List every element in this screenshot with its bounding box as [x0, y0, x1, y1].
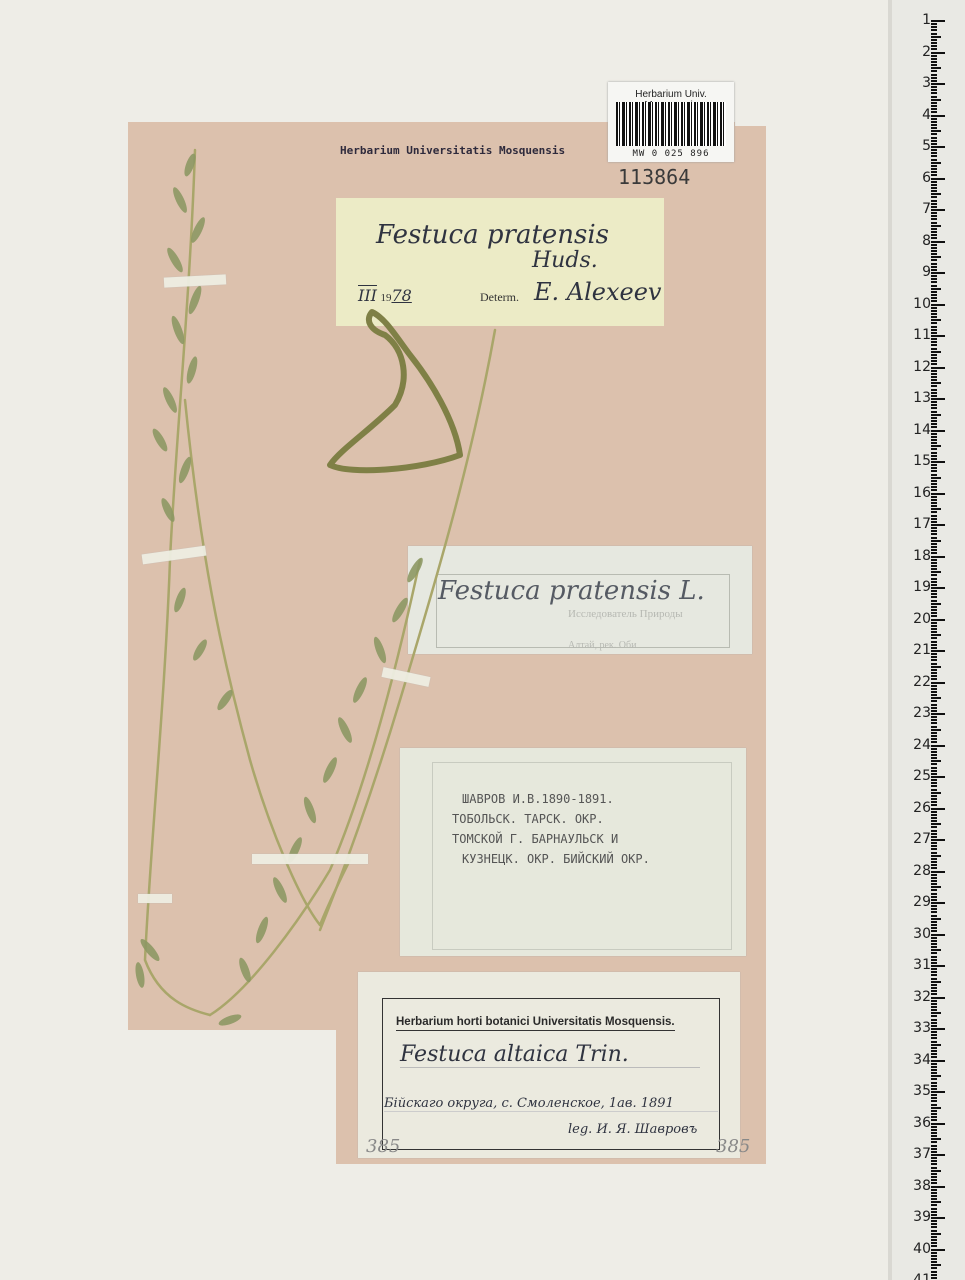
plant-specimen [0, 0, 965, 1280]
ruler-tick [931, 1050, 937, 1052]
ruler-mark-label: 41 [913, 1273, 931, 1280]
ruler-tick [931, 968, 937, 970]
ruler-tick [931, 398, 945, 400]
ruler-tick [931, 1189, 937, 1191]
ruler-tick [931, 962, 937, 964]
ruler-tick [931, 1123, 945, 1125]
ruler-tick [931, 836, 937, 838]
ruler-tick [931, 1037, 937, 1039]
ruler-mark-label: 35 [913, 1084, 931, 1098]
ruler-tick [931, 137, 937, 139]
ruler-tick [931, 940, 937, 942]
ruler-mark-label: 17 [913, 517, 931, 531]
ruler-tick [931, 1145, 937, 1147]
ruler-tick [931, 1082, 937, 1084]
ruler-tick [931, 848, 937, 850]
ruler-tick [931, 716, 937, 718]
ruler-tick [931, 247, 937, 249]
ruler-tick [931, 524, 945, 526]
ruler-tick [931, 855, 941, 857]
ruler-tick [931, 385, 937, 387]
ruler-tick [931, 880, 937, 882]
ruler-tick [931, 779, 937, 781]
ruler-tick [931, 965, 945, 967]
ruler-mark-label: 24 [913, 738, 931, 752]
ruler-mark-label: 6 [922, 171, 931, 185]
ruler-tick [931, 83, 945, 85]
ruler-tick [931, 354, 937, 356]
ruler-tick [931, 99, 941, 101]
ruler-tick [931, 130, 941, 132]
ruler-tick [931, 952, 937, 954]
ruler-tick [931, 244, 937, 246]
ruler-tick [931, 804, 937, 806]
ruler-tick [931, 39, 937, 41]
ruler-tick [931, 1267, 937, 1269]
ruler-mark-label: 22 [913, 675, 931, 689]
ruler-tick [931, 899, 937, 901]
ruler-tick [931, 1031, 937, 1033]
ruler-mark-label: 36 [913, 1116, 931, 1130]
ruler-mark-label: 32 [913, 990, 931, 1004]
ruler-tick [931, 1179, 937, 1181]
ruler-tick [931, 329, 937, 331]
ruler-tick [931, 477, 941, 479]
ruler-tick [931, 281, 937, 283]
ruler-tick [931, 874, 937, 876]
ruler-tick [931, 370, 937, 372]
ruler-tick [931, 792, 941, 794]
ruler-tick [931, 1012, 941, 1014]
ruler-tick [931, 795, 937, 797]
ruler-tick [931, 190, 937, 192]
ruler-tick [931, 685, 937, 687]
ruler-tick [931, 209, 945, 211]
ruler-tick [931, 978, 937, 980]
ruler-tick [931, 1019, 937, 1021]
ruler-tick [931, 1094, 937, 1096]
ruler-tick [931, 1186, 945, 1188]
ruler-tick [931, 971, 937, 973]
ruler-tick [931, 930, 937, 932]
ruler-tick [931, 508, 941, 510]
ruler-tick [931, 1236, 937, 1238]
ruler-tick [931, 782, 937, 784]
ruler-tick [931, 669, 937, 671]
ruler-tick [931, 1154, 945, 1156]
ruler-tick [931, 1066, 937, 1068]
ruler-tick [931, 590, 937, 592]
ruler-tick [931, 140, 937, 142]
ruler-tick [931, 745, 945, 747]
ruler-tick [931, 663, 937, 665]
ruler-tick [931, 1135, 937, 1137]
ruler-tick [931, 814, 937, 816]
ruler-tick [931, 1132, 937, 1134]
ruler-tick [931, 1211, 937, 1213]
ruler-tick [931, 738, 937, 740]
ruler-tick [931, 1006, 937, 1008]
ruler-tick [931, 64, 937, 66]
ruler-tick [931, 486, 937, 488]
ruler-tick [931, 178, 945, 180]
ruler-tick [931, 291, 937, 293]
ruler-tick [931, 326, 937, 328]
ruler-tick [931, 184, 937, 186]
ruler-tick [931, 307, 937, 309]
ruler-tick [931, 288, 941, 290]
ruler-tick [931, 1151, 937, 1153]
ruler-tick [931, 852, 937, 854]
ruler-mark-label: 7 [922, 202, 931, 216]
ruler-tick [931, 33, 937, 35]
ruler-tick [931, 152, 937, 154]
ruler-tick [931, 423, 937, 425]
ruler-tick [931, 543, 937, 545]
ruler-tick [931, 266, 937, 268]
ruler-mark-label: 12 [913, 360, 931, 374]
ruler-tick [931, 452, 937, 454]
ruler-tick [931, 565, 937, 567]
ruler-tick [931, 77, 937, 79]
ruler-tick [931, 1182, 937, 1184]
ruler-tick [931, 1220, 937, 1222]
ruler-tick [931, 269, 937, 271]
ruler-tick [931, 694, 937, 696]
ruler-tick [931, 319, 941, 321]
ruler-tick [931, 1126, 937, 1128]
ruler-tick [931, 52, 945, 54]
ruler-tick [931, 1274, 937, 1276]
ruler-tick [931, 864, 937, 866]
ruler-tick [931, 127, 937, 129]
ruler-tick [931, 666, 941, 668]
ruler-mark-label: 14 [913, 423, 931, 437]
ruler-tick [931, 549, 937, 551]
ruler-tick [931, 322, 937, 324]
ruler-mark-label: 27 [913, 832, 931, 846]
ruler-tick [931, 272, 945, 274]
tape-strip [252, 854, 368, 864]
ruler-tick [931, 997, 945, 999]
ruler-tick [931, 556, 945, 558]
ruler-tick [931, 1113, 937, 1115]
ruler-tick [931, 1204, 937, 1206]
ruler-tick [931, 376, 937, 378]
ruler-tick [931, 987, 937, 989]
ruler-tick [931, 505, 937, 507]
ruler-tick [931, 203, 937, 205]
ruler-tick [931, 1119, 937, 1121]
ruler-tick [931, 1075, 941, 1077]
ruler-tick [931, 584, 937, 586]
ruler-mark-label: 37 [913, 1147, 931, 1161]
ruler-tick [931, 455, 937, 457]
ruler-tick [931, 918, 941, 920]
ruler-tick [931, 726, 937, 728]
ruler-tick [931, 641, 937, 643]
ruler-mark-label: 39 [913, 1210, 931, 1224]
ruler-tick [931, 26, 937, 28]
ruler-tick [931, 981, 941, 983]
ruler-mark-label: 33 [913, 1021, 931, 1035]
ruler-tick [931, 133, 937, 135]
ruler-tick [931, 474, 937, 476]
ruler-tick [931, 86, 937, 88]
ruler-tick [931, 480, 937, 482]
ruler-tick [931, 1261, 937, 1263]
ruler-tick [931, 196, 937, 198]
ruler-tick [931, 458, 937, 460]
ruler-tick [931, 959, 937, 961]
ruler-tick [931, 1003, 937, 1005]
ruler-tick [931, 1148, 937, 1150]
ruler-tick [931, 659, 937, 661]
ruler-mark-label: 9 [922, 265, 931, 279]
ruler-tick [931, 704, 937, 706]
ruler-tick [931, 600, 937, 602]
ruler-tick [931, 464, 937, 466]
ruler-mark-label: 1 [922, 13, 931, 27]
ruler-mark-label: 5 [922, 139, 931, 153]
ruler-tick [931, 634, 941, 636]
ruler-tick [931, 483, 937, 485]
ruler-tick [931, 974, 937, 976]
ruler-tick [931, 118, 937, 120]
ruler-tick [931, 105, 937, 107]
ruler-tick [931, 168, 937, 170]
ruler-tick [931, 159, 937, 161]
ruler-tick [931, 603, 941, 605]
ruler-tick [931, 1214, 937, 1216]
ruler-tick [931, 162, 941, 164]
ruler-tick [931, 259, 937, 261]
ruler-tick [931, 379, 937, 381]
ruler-mark-label: 28 [913, 864, 931, 878]
ruler-tick [931, 174, 937, 176]
ruler-tick [931, 344, 937, 346]
ruler-mark-label: 40 [913, 1242, 931, 1256]
ruler-tick [931, 1047, 937, 1049]
ruler-tick [931, 1088, 937, 1090]
ruler-tick [931, 1025, 937, 1027]
ruler-tick [931, 798, 937, 800]
ruler-tick [931, 1022, 937, 1024]
ruler-tick [931, 927, 937, 929]
ruler-tick [931, 823, 941, 825]
ruler-mark-label: 3 [922, 76, 931, 90]
ruler-tick [931, 830, 937, 832]
ruler-tick [931, 426, 937, 428]
ruler-tick [931, 619, 945, 621]
ruler-tick [931, 767, 937, 769]
ruler-tick [931, 335, 945, 337]
ruler-tick [931, 67, 941, 69]
ruler-tick [931, 467, 937, 469]
ruler-tick [931, 430, 945, 432]
ruler-tick [931, 1242, 937, 1244]
ruler-tick [931, 1157, 937, 1159]
ruler-tick [931, 357, 937, 359]
ruler-tick [931, 751, 937, 753]
ruler-tick [931, 1192, 937, 1194]
ruler-tick [931, 921, 937, 923]
ruler-tick [931, 581, 937, 583]
ruler-tick [931, 420, 937, 422]
ruler-tick [931, 496, 937, 498]
ruler-tick [931, 212, 937, 214]
ruler-tick [931, 1245, 937, 1247]
ruler-tick [931, 149, 937, 151]
ruler-tick [931, 1239, 937, 1241]
ruler-tick [931, 578, 937, 580]
ruler-tick [931, 612, 937, 614]
ruler-mark-label: 30 [913, 927, 931, 941]
ruler-tick [931, 732, 937, 734]
ruler-mark-label: 18 [913, 549, 931, 563]
ruler-tick [931, 1277, 937, 1279]
ruler-tick [931, 92, 937, 94]
ruler-tick [931, 237, 937, 239]
ruler-tick [931, 1107, 941, 1109]
ruler-tick [931, 867, 937, 869]
ruler-tick [931, 256, 941, 258]
ruler-tick [931, 682, 945, 684]
ruler-tick [931, 181, 937, 183]
ruler-tick [931, 146, 945, 148]
ruler-tick [931, 351, 941, 353]
ruler-tick [931, 691, 937, 693]
ruler-tick [931, 228, 937, 230]
ruler-tick [931, 493, 945, 495]
ruler-tick [931, 395, 937, 397]
ruler-tick [931, 45, 937, 47]
ruler-tick [931, 70, 937, 72]
ruler-tick [931, 540, 941, 542]
ruler-tick [931, 108, 937, 110]
measurement-ruler: 1234567891011121314151617181920212223242… [892, 0, 965, 1280]
ruler-tick [931, 1223, 937, 1225]
ruler-tick [931, 313, 937, 315]
ruler-tick [931, 754, 937, 756]
ruler-tick [931, 206, 937, 208]
ruler-tick [931, 55, 937, 57]
ruler-tick [931, 96, 937, 98]
ruler-tick [931, 218, 937, 220]
ruler-tick [931, 111, 937, 113]
ruler-tick [931, 215, 937, 217]
ruler-tick [931, 499, 937, 501]
ruler-tick [931, 801, 937, 803]
ruler-mark-label: 29 [913, 895, 931, 909]
ruler-tick [931, 993, 937, 995]
ruler-tick [931, 552, 937, 554]
ruler-tick [931, 165, 937, 167]
ruler-mark-label: 38 [913, 1179, 931, 1193]
ruler-tick [931, 735, 937, 737]
ruler-mark-label: 19 [913, 580, 931, 594]
ruler-tick [931, 656, 937, 658]
ruler-tick [931, 770, 937, 772]
ruler-tick [931, 448, 937, 450]
ruler-tick [931, 719, 937, 721]
ruler-mark-label: 31 [913, 958, 931, 972]
ruler-tick [931, 776, 945, 778]
ruler-tick [931, 1085, 937, 1087]
ruler-tick [931, 817, 937, 819]
ruler-tick [931, 231, 937, 233]
ruler-tick [931, 820, 937, 822]
ruler-tick [931, 889, 937, 891]
ruler-tick [931, 341, 937, 343]
ruler-tick [931, 1160, 937, 1162]
ruler-tick [931, 1167, 937, 1169]
ruler-tick [931, 1201, 941, 1203]
ruler-tick [931, 915, 937, 917]
ruler-tick [931, 811, 937, 813]
ruler-tick [931, 861, 937, 863]
ruler-tick [931, 675, 937, 677]
ruler-tick [931, 943, 937, 945]
ruler-tick [931, 367, 945, 369]
ruler-tick [931, 80, 937, 82]
ruler-mark-label: 15 [913, 454, 931, 468]
ruler-tick [931, 121, 937, 123]
ruler-tick [931, 1053, 937, 1055]
ruler-tick [931, 1198, 937, 1200]
ruler-mark-label: 13 [913, 391, 931, 405]
ruler-tick [931, 808, 945, 810]
ruler-tick [931, 1060, 945, 1062]
ruler-tick [931, 332, 937, 334]
ruler-tick [931, 871, 945, 873]
ruler-tick [931, 1249, 945, 1251]
ruler-tick [931, 171, 937, 173]
ruler-tick [931, 1034, 937, 1036]
ruler-tick [931, 697, 941, 699]
ruler-tick [931, 710, 937, 712]
ruler-mark-label: 4 [922, 108, 931, 122]
ruler-tick [931, 533, 937, 535]
ruler-tick [931, 23, 937, 25]
ruler-tick [931, 515, 937, 517]
ruler-tick [931, 741, 937, 743]
ruler-tick [931, 615, 937, 617]
ruler-tick [931, 593, 937, 595]
ruler-tick [931, 678, 937, 680]
ruler-mark-label: 34 [913, 1053, 931, 1067]
ruler-tick [931, 300, 937, 302]
ruler-tick [931, 1271, 937, 1273]
ruler-tick [931, 1195, 937, 1197]
ruler-tick [931, 234, 937, 236]
ruler-tick [931, 773, 937, 775]
ruler-tick [931, 1255, 937, 1257]
ruler-tick [931, 42, 937, 44]
ruler-tick [931, 858, 937, 860]
ruler-mark-label: 10 [913, 297, 931, 311]
ruler-tick [931, 297, 937, 299]
ruler-tick [931, 956, 937, 958]
ruler-tick [931, 382, 941, 384]
ruler-tick [931, 155, 937, 157]
ruler-tick [931, 310, 937, 312]
ruler-tick [931, 908, 937, 910]
ruler-tick [931, 193, 941, 195]
ruler-tick [931, 826, 937, 828]
ruler-tick [931, 924, 937, 926]
ruler-tick [931, 360, 937, 362]
